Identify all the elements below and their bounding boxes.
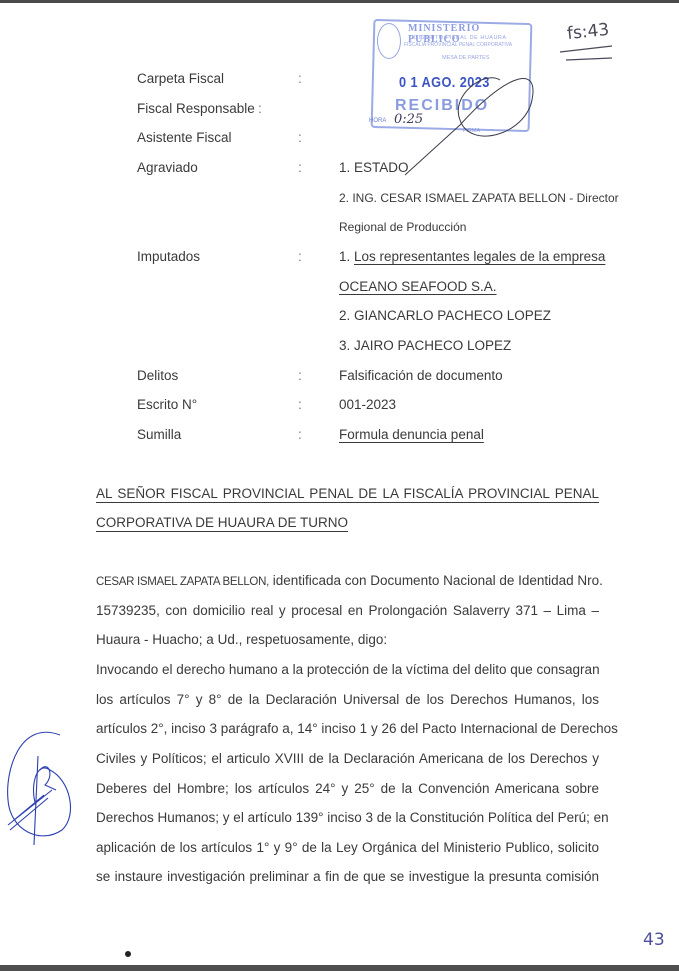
stamp-firma-label: FIRMA xyxy=(463,128,480,134)
field-label-carpeta-fiscal: Carpeta Fiscal xyxy=(137,70,224,88)
field-colon: : xyxy=(298,426,302,444)
ink-dot xyxy=(125,951,131,957)
field-colon: : xyxy=(298,70,302,88)
folio-annotation: fs:43 xyxy=(566,20,610,44)
body-line: se instaure investigación preliminar a f… xyxy=(96,868,599,886)
complainant-name: CESAR ISMAEL ZAPATA BELLON, xyxy=(96,576,269,588)
body-line: artículos 2°, inciso 3 parágrafo a, 14° … xyxy=(96,720,599,738)
body-line: Civiles y Políticos; el articulo XVIII d… xyxy=(96,750,599,768)
coat-of-arms-icon xyxy=(377,23,401,59)
field-label-imputados: Imputados xyxy=(137,248,200,266)
stamp-subtitle: MESA DE PARTES xyxy=(442,55,489,61)
field-label-delitos: Delitos xyxy=(137,367,178,385)
body-line: aplicación de los artículos 1° y 9° de l… xyxy=(96,839,599,857)
field-colon: : xyxy=(258,100,262,118)
body-line: 15739235, con domicilio real y procesal … xyxy=(96,602,599,620)
field-colon: : xyxy=(298,396,302,414)
viewer-bottom-bar xyxy=(0,965,679,971)
delitos-value: Falsificación de documento xyxy=(339,367,503,385)
document-page: Carpeta Fiscal : Fiscal Responsable : As… xyxy=(0,0,679,965)
addressee-line-2: CORPORATIVA DE HUAURA DE TURNO xyxy=(96,514,348,532)
field-colon: : xyxy=(298,248,302,266)
imputado-1: 1. Los representantes legales de la empr… xyxy=(339,248,605,266)
imputado-1-number: 1. xyxy=(339,249,354,264)
imputado-1-text: Los representantes legales de la empresa xyxy=(354,249,605,264)
escrito-value: 001-2023 xyxy=(339,396,396,414)
field-colon: : xyxy=(298,159,302,177)
reception-stamp: MINISTERIO PUBLICO DISTRITO FISCAL DE HU… xyxy=(368,17,534,135)
stamp-date: 0 1 AGO. 2023 xyxy=(399,74,490,91)
body-line: CESAR ISMAEL ZAPATA BELLON, identificada… xyxy=(96,572,599,591)
agraviado-2: 2. ING. CESAR ISMAEL ZAPATA BELLON - Dir… xyxy=(339,189,619,207)
imputado-1-company: OCEANO SEAFOOD S.A. xyxy=(339,278,497,296)
field-label-asistente-fiscal: Asistente Fiscal xyxy=(137,129,232,147)
imputado-2: 2. GIANCARLO PACHECO LOPEZ xyxy=(339,307,551,325)
field-colon: : xyxy=(298,129,302,147)
field-label-fiscal-responsable: Fiscal Responsable xyxy=(137,100,255,118)
field-label-sumilla: Sumilla xyxy=(137,426,181,444)
imputado-3: 3. JAIRO PACHECO LOPEZ xyxy=(339,337,511,355)
field-colon: : xyxy=(298,367,302,385)
agraviado-1: 1. ESTADO xyxy=(339,159,409,177)
stamp-subtitle: FISCALIA PROVINCIAL PENAL CORPORATIVA xyxy=(404,42,512,48)
stamp-hora-value: 0:25 xyxy=(394,112,423,127)
margin-signature xyxy=(8,732,71,845)
body-line: Invocando el derecho humano a la protecc… xyxy=(96,661,599,679)
stamp-hora-label: HORA xyxy=(369,118,386,124)
body-line: los artículos 7° y 8° de la Declaración … xyxy=(96,691,599,709)
page-number: 43 xyxy=(643,930,665,950)
stamp-subtitle: DISTRITO FISCAL DE HUAURA xyxy=(414,35,507,41)
addressee-line-1: AL SEÑOR FISCAL PROVINCIAL PENAL DE LA F… xyxy=(96,485,599,503)
agraviado-2-cont: Regional de Producción xyxy=(339,218,466,236)
body-line: Huaura - Huacho; a Ud., respetuosamente,… xyxy=(96,631,599,649)
body-line: Derechos Humanos; y el artículo 139° inc… xyxy=(96,809,599,827)
field-label-escrito: Escrito N° xyxy=(137,396,197,414)
sumilla-value: Formula denuncia penal xyxy=(339,426,484,444)
field-label-agraviado: Agraviado xyxy=(137,159,198,177)
body-line: Deberes del Hombre; los artículos 24° y … xyxy=(96,780,599,798)
folio-underline-stroke xyxy=(560,46,612,60)
